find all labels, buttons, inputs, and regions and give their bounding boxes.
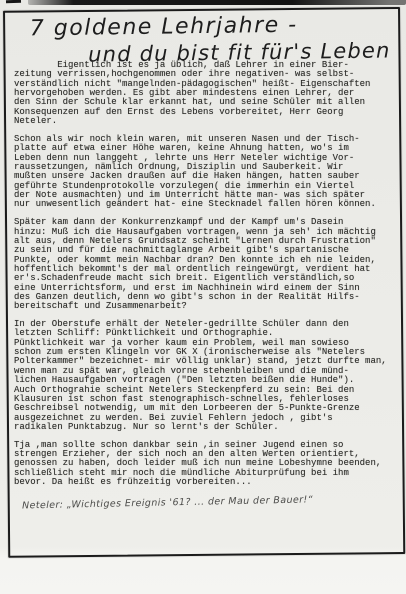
scanned-document-page: 7 goldene Lehrjahre - und du bist fit fü… (0, 0, 406, 594)
title-line-1: 7 goldene Lehrjahre - (30, 11, 406, 41)
paragraph-intro: Eigentlich ist es ja üblich, daß Lehrer … (14, 61, 398, 126)
paragraph-closing: Tja ,man sollte schon dankbar sein ,in s… (14, 441, 398, 488)
scanner-edge-artifact (28, 0, 406, 5)
corner-ink-mark (6, 0, 21, 3)
paragraph-oberstufe: In der Oberstufe erhält der Neteler-gedr… (14, 320, 398, 432)
article-body: Eigentlich ist es ja üblich, daß Lehrer … (14, 61, 398, 496)
paragraph-early-years: Schon als wir noch klein waren, mit unse… (14, 135, 398, 210)
paragraph-competition: Später kam dann der Konkurrenzkampf und … (14, 218, 398, 311)
